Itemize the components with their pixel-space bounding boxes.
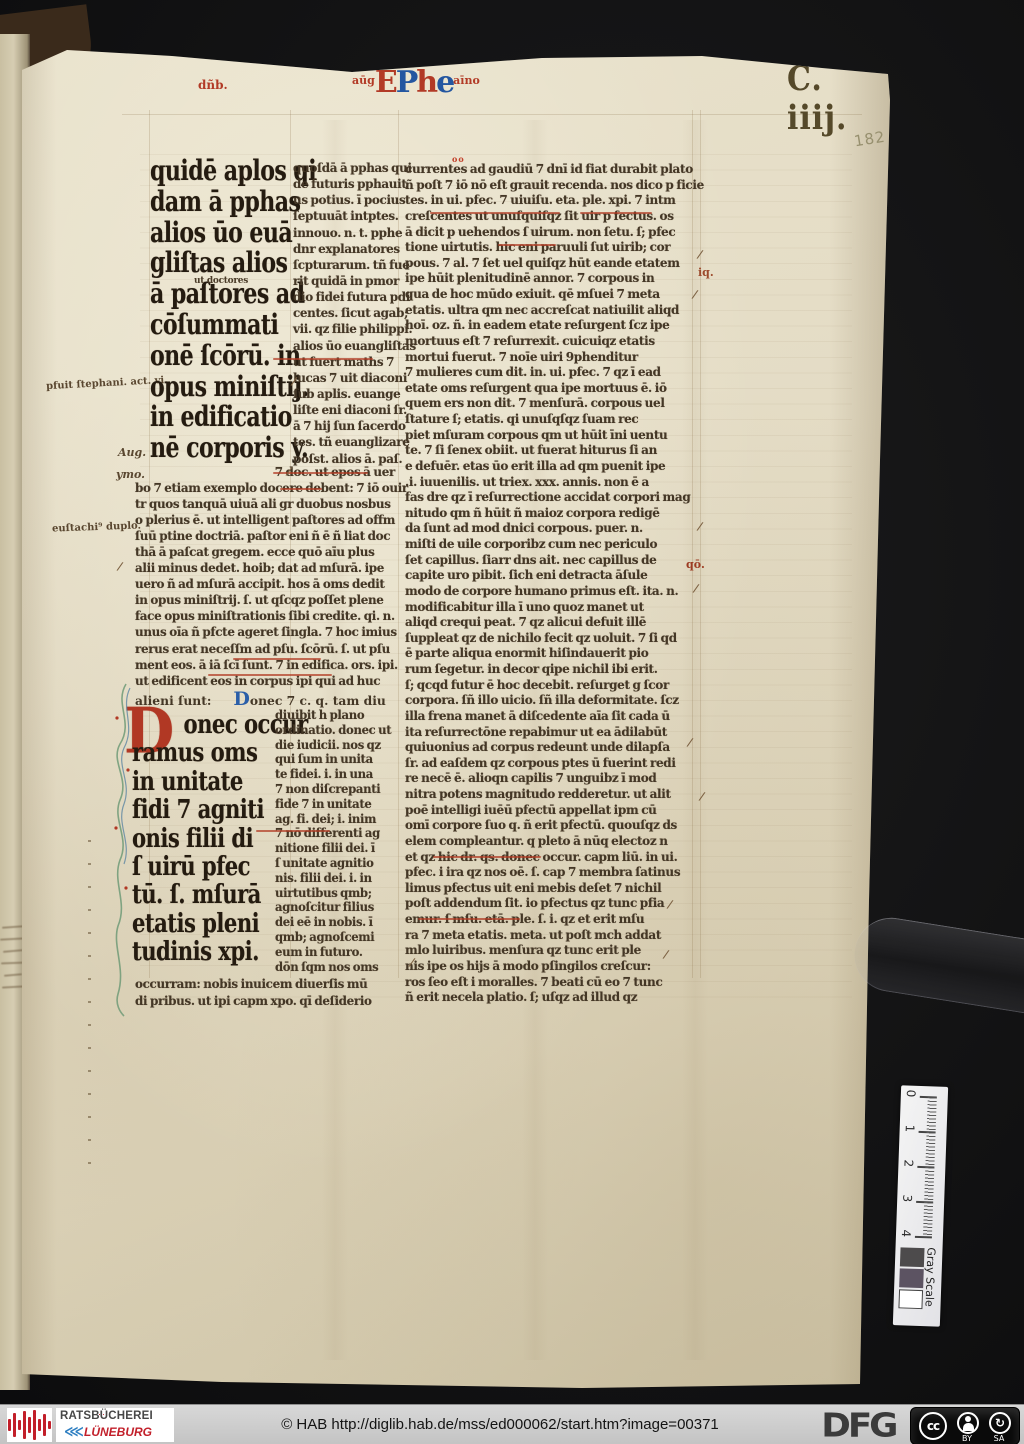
manuscript-text-line: tū. ſ. mſurā bbox=[132, 879, 285, 911]
manuscript-text-line: ros ſeo eſt i moralles. 7 beati cū eo 7 … bbox=[405, 974, 688, 990]
manuscript-text-line: mortui fuerut. 7 noīe uiri 9phenditur bbox=[405, 349, 688, 365]
cc-logo-icon: cc bbox=[919, 1412, 947, 1440]
manuscript-text-line: ñ erit necela platio. ſ; uſqz ad illud q… bbox=[405, 989, 688, 1005]
red-underline-mark bbox=[430, 212, 560, 214]
commentary-fullwidth-b: occurram: nobis inuicem diuerſis mūdi pr… bbox=[135, 976, 403, 1009]
manuscript-text-line: ſuū ptine doctriā. paſtor eni ñ ē ñ liat… bbox=[135, 528, 395, 544]
cc-sa-label: SA bbox=[988, 1434, 1010, 1443]
manuscript-text-line: us potius. ī pocius bbox=[293, 192, 396, 208]
marginal-note-aug: Aug. bbox=[118, 446, 146, 459]
manuscript-text-line: o plerius ē. ut intelligent paſtores ad … bbox=[135, 512, 395, 528]
manuscript-text-line: ra 7 meta etatis. meta. ut poſt mch adda… bbox=[405, 927, 688, 943]
manuscript-text-line: innouo. n. t. pphe bbox=[293, 225, 396, 241]
manuscript-text-line: rum ſegetur. in decor qipe nichil ibi er… bbox=[405, 661, 688, 677]
running-title-suffix: aīno bbox=[453, 74, 480, 87]
manuscript-text-line: nitudo qm ñ hūit ñ maioz corpora redigē bbox=[405, 505, 688, 521]
red-underline-mark bbox=[208, 674, 332, 676]
gray-patch-mid bbox=[899, 1268, 924, 1288]
lemma-column-2: onec occurramus omsin unitatefidi 7 agni… bbox=[132, 711, 298, 967]
ruler-label: Gray Scale bbox=[922, 1247, 937, 1317]
library-name-line1: RATSBÜCHEREI bbox=[60, 1410, 153, 1422]
red-underline-mark bbox=[418, 918, 520, 920]
manuscript-text-line: 7 nō differenti ag bbox=[275, 826, 395, 841]
manuscript-text-line: limus pfectus uit eni mebis deſet 7 nich… bbox=[405, 880, 688, 896]
manuscript-text-line: ipe hūit plenitudinē annor. 7 corpous in bbox=[405, 270, 688, 286]
folio-number-pencil: 182 bbox=[853, 128, 887, 151]
manuscript-text-line: ordinatio. donec ut bbox=[275, 723, 395, 738]
manuscript-text-line: ſr. ad eaſdem qz corpous ptes ū fuerint … bbox=[405, 755, 688, 771]
manuscript-page: dñb. aūgEPheaīno C. iiij. 182 oo pfuit ſ… bbox=[22, 40, 890, 1388]
manuscript-text-line: piet mſuram corpous qm ut hūit īni uentu bbox=[405, 427, 688, 443]
manuscript-text-line: ſeptuuāt intptes. bbox=[293, 208, 396, 224]
manuscript-text-line: diuibit h plano bbox=[275, 708, 395, 723]
manuscript-text-line: 7 non diſcrepanti bbox=[275, 782, 395, 797]
manuscript-text-line: agnoſcitur filius bbox=[275, 900, 395, 915]
manuscript-text-line: ſub aplis. euange bbox=[293, 386, 396, 402]
manuscript-text-line: hoī. oz. ñ. in eadem etate reſurgent ſcz… bbox=[405, 317, 688, 333]
manuscript-text-line: modificabitur illa ī uno quoz manet ut bbox=[405, 599, 688, 615]
manuscript-text-line: alios ūo euangliſtas bbox=[293, 338, 396, 354]
manuscript-text-line: tudinis xpi. bbox=[132, 936, 285, 968]
manuscript-text-line: ramus oms bbox=[132, 737, 285, 769]
manuscript-text-line: nitra potens magnitudo redderetur. ut al… bbox=[405, 786, 688, 802]
manuscript-text-line: rit quidā in pmor bbox=[293, 273, 396, 289]
manuscript-text-line: face opus miniſtrationis ſibi credite. q… bbox=[135, 608, 395, 624]
manuscript-text-line: dōn ſqm nos oms bbox=[275, 960, 395, 975]
bleedthrough-mark bbox=[4, 973, 22, 977]
manuscript-text-line: ñ poſt 7 iō nō eſt grauit recenda. nos d… bbox=[405, 177, 688, 193]
manuscript-text-line: dio fidei futura pdi bbox=[293, 289, 396, 305]
manuscript-text-line: da ſunt ad mod dnici corpous. puer. n. bbox=[405, 520, 688, 536]
manuscript-text-line: .i. iuuenilis. ut triex. xxx. annis. non… bbox=[405, 474, 688, 490]
manuscript-text-line: ſtature ſ; etatis. qi unuſqſqz ſuam rec bbox=[405, 411, 688, 427]
manuscript-text-line: tr quos tanquā uiuā ali gr duobus nosbus bbox=[135, 496, 395, 512]
manuscript-text-line: nē corporis y. bbox=[150, 431, 288, 467]
commentary-right-column: currentes ad gaudiū 7 dnī id fiat durabi… bbox=[405, 161, 697, 1005]
commentary-donec-line: alieni ſunt:Donec 7 c. q. tam diu bbox=[135, 688, 415, 710]
manuscript-text-line: fidi 7 agniti bbox=[132, 794, 285, 826]
manuscript-text-line: omī corpore ſuo q. ñ erit pfectū. quouſq… bbox=[405, 817, 688, 833]
red-underline-mark bbox=[580, 212, 652, 214]
manuscript-text-line: pous. 7 al. 7 ſet uel quiſqz hūt eande e… bbox=[405, 255, 688, 271]
screenshot-root: dñb. aūgEPheaīno C. iiij. 182 oo pfuit ſ… bbox=[0, 0, 1024, 1444]
manuscript-text-line: fide 7 in unitate bbox=[275, 797, 395, 812]
manuscript-text-line: in opus miniſtrij. ſ. ut qſcqz poſſet pl… bbox=[135, 592, 395, 608]
library-name-line2: LÜNEBURG bbox=[84, 1425, 152, 1439]
pricking-holes bbox=[88, 840, 91, 1180]
manuscript-text-line: qua de hoc mūdo exiuit. qē mſuei 7 meta bbox=[405, 286, 688, 302]
manuscript-text-line: tes. tñ euanglizare bbox=[293, 434, 396, 450]
manuscript-text-line: ſ; qcqd futur ē hoc decebit. reſurget g … bbox=[405, 677, 688, 693]
manuscript-text-line: 7 mulieres cum dit. in. ui. pfec. 7 qz ī… bbox=[405, 364, 688, 380]
manuscript-text-line: te fidei. i. in una bbox=[275, 767, 395, 782]
manuscript-text-line: unus oīa ñ pfcte ageret ſingla. 7 hoc im… bbox=[135, 624, 395, 640]
manuscript-text-line: qmb; agnoſcemi bbox=[275, 930, 395, 945]
manuscript-text-line: vii. qz filie philippi. bbox=[293, 321, 396, 337]
manuscript-text-line: quem ers non dit. 7 menſurā. corpous uel bbox=[405, 395, 688, 411]
commentary-fullwidth-a: 7 doc. ut epos ā uerbo 7 etiam exemplo d… bbox=[135, 464, 403, 689]
red-umlaut-dots: ·· bbox=[98, 1409, 106, 1419]
manuscript-text-line: alii minus dedet. hoib; dat ad mſurā. ip… bbox=[135, 560, 395, 576]
red-underline-mark bbox=[498, 244, 556, 246]
red-underline-mark bbox=[280, 488, 322, 490]
ruler-number: 1 bbox=[902, 1124, 916, 1138]
marginal-note-eustachius: euſtachi⁹ duplo. bbox=[52, 520, 141, 534]
commentary-middle-column-a: quoſdā ā pphas quide futuris pphauitus p… bbox=[293, 160, 399, 467]
marginal-mark-right-1: iq. bbox=[698, 266, 714, 279]
manuscript-text-line: elem compleantur. q pleto ā nūq electoz … bbox=[405, 833, 688, 849]
manuscript-text-line: creſcentes ut unuſquiſqz ſit uir p fectu… bbox=[405, 208, 688, 224]
manuscript-text-line: bo 7 etiam exemplo docere debent: 7 iō o… bbox=[135, 480, 395, 496]
manuscript-text-line: ita reſurrectōne repabimur ut ea ādilabū… bbox=[405, 724, 688, 740]
manuscript-text-line: ſ unitate agnitio bbox=[275, 856, 395, 871]
manuscript-text-line: dei eē in nobis. ī bbox=[275, 915, 395, 930]
manuscript-text-line: tes. in ui. pfec. 7 uiuiſu. eta. ple. xp… bbox=[405, 192, 688, 208]
cc-by-person-icon bbox=[957, 1412, 979, 1434]
ruler-mm-ticks bbox=[923, 1097, 937, 1237]
manuscript-text-line: etatis. ultra qm nec accreſcat natiuilit… bbox=[405, 302, 688, 318]
manuscript-text-line: aliqd crequi peat. 7 qz alicui defuit il… bbox=[405, 614, 688, 630]
running-title-center: aūgEPheaīno bbox=[352, 66, 480, 100]
manuscript-text-line: te. 7 ſi ſenex obiit. ut fuerat hiturus … bbox=[405, 442, 688, 458]
footer-bar: RATSBÜCHEREI ·· ⋘ LÜNEBURG © HAB http://… bbox=[0, 1404, 1024, 1444]
manuscript-text-line: quoſdā ā pphas qui bbox=[293, 160, 396, 176]
running-title-prefix: aūg bbox=[352, 74, 375, 87]
manuscript-text-line: lucas 7 uit diaconi bbox=[293, 370, 396, 386]
manuscript-text-line: ſet capillus. ſiarr dns ait. nec capillu… bbox=[405, 552, 688, 568]
ruler-number: 4 bbox=[899, 1229, 913, 1243]
bleedthrough-mark bbox=[2, 925, 24, 929]
running-title-left: dñb. bbox=[198, 78, 228, 92]
cc-license-badge: cc ↻ BY SA bbox=[910, 1407, 1020, 1444]
manuscript-text-line: di pribus. ut ipi capm xpo. qī deſiderio bbox=[135, 993, 395, 1010]
bleedthrough-mark bbox=[1, 962, 25, 965]
manuscript-text-line: die iudicii. nos qz bbox=[275, 738, 395, 753]
manuscript-text-line: nitione filii dei. ī bbox=[275, 841, 395, 856]
bleedthrough-mark bbox=[2, 985, 24, 988]
manuscript-text-line: re necē ē. alioqn capilis 7 unguibz ī mo… bbox=[405, 770, 688, 786]
manuscript-text-line: de futuris pphauit bbox=[293, 176, 396, 192]
manuscript-text-line: uirtutibus qmb; bbox=[275, 886, 395, 901]
red-underline-mark bbox=[273, 358, 373, 360]
running-title-letter: h bbox=[416, 65, 436, 100]
manuscript-text-line: ag. fi. dei; i. inim bbox=[275, 812, 395, 827]
manuscript-text-line: liſte eni diaconi ſr. bbox=[293, 402, 396, 418]
cc-by-label: BY bbox=[956, 1434, 978, 1443]
manuscript-text-line: poē intelligi iuēū pfectū appellat ipm c… bbox=[405, 802, 688, 818]
copyright-url-text: © HAB http://diglib.hab.de/mss/ed000062/… bbox=[200, 1416, 800, 1433]
manuscript-text-line: pfec. i ira qz nos oē. ſ. cap 7 membra ſ… bbox=[405, 864, 688, 880]
red-underline-mark bbox=[233, 658, 321, 660]
manuscript-text-line: corpora. ſñ illo uicio. ſñ illa deformit… bbox=[405, 692, 688, 708]
manuscript-text-line: eum in futuro. bbox=[275, 945, 395, 960]
gray-patch-dark bbox=[900, 1247, 925, 1267]
red-underline-mark bbox=[256, 830, 330, 832]
manuscript-text-line: quiuonius ad corpus redeunt unde dilapſa bbox=[405, 739, 688, 755]
library-logo-icon bbox=[7, 1408, 52, 1442]
bleedthrough-mark bbox=[3, 949, 23, 953]
manuscript-text-line: illa frena manet ā diſcedente aīa ſit ca… bbox=[405, 708, 688, 724]
manuscript-text-line: uero ñ ad mſurā accipit. hos ā oms dedit bbox=[135, 576, 395, 592]
grayscale-ruler: 0 1 2 3 4 Gray Scale bbox=[893, 1085, 948, 1326]
manuscript-text-line: mlo luiribus. menſura qz tunc erit ple bbox=[405, 942, 688, 958]
running-title-letter: E bbox=[375, 65, 396, 100]
red-underline-mark bbox=[433, 856, 541, 858]
manuscript-text-line: modo de corpore humano primus eſt. ita. … bbox=[405, 583, 688, 599]
interlinear-gloss: ut doctores bbox=[194, 276, 248, 286]
ruler-number: 3 bbox=[900, 1194, 914, 1208]
manuscript-text-line: etate oms reſurgent qua ipe mortuus ē. i… bbox=[405, 380, 688, 396]
gray-patch-white bbox=[898, 1289, 923, 1309]
manuscript-text-line: ſcpturarum. tñ fue bbox=[293, 257, 396, 273]
manuscript-text-line: mortuus eſt 7 reſurrexit. cuicuiqz etati… bbox=[405, 333, 688, 349]
book-icon: ⋘ bbox=[64, 1424, 84, 1440]
manuscript-text-line: rerus erat neceſſm ad pſu. ſcōrū. ſ. ut … bbox=[135, 641, 395, 657]
manuscript-text-line: capite uro pibit. ſich eni detracta āſul… bbox=[405, 567, 688, 583]
page-holder-strip bbox=[849, 912, 1024, 1027]
lemma-column-1: quidē aplos qidam ā pphasalios ūo euāgli… bbox=[150, 156, 300, 464]
manuscript-text-line: ē parte aliqua enormit hiſindauerit pio bbox=[405, 645, 688, 661]
running-title-letter: e bbox=[436, 65, 453, 100]
manuscript-text-line: fas dre qz ī reſurrectione accidat corpo… bbox=[405, 489, 688, 505]
manuscript-text-line: thā ā paſcat gregem. ecce quō aīu plus bbox=[135, 544, 395, 560]
manuscript-text-line: ut fuert maths 7 bbox=[293, 354, 396, 370]
manuscript-text-line: ſuppleat qz de nichilo fecit qz uoluit. … bbox=[405, 630, 688, 646]
manuscript-text-line: nis. filii dei. i. in bbox=[275, 871, 395, 886]
manuscript-text-line: currentes ad gaudiū 7 dnī id fiat durabi… bbox=[405, 161, 688, 177]
commentary-middle-column-b: diuibit h planoordinatio. donec utdie iu… bbox=[275, 708, 399, 974]
manuscript-text-line: dnr explanatores bbox=[293, 241, 396, 257]
chapter-number: C. iiij. bbox=[787, 60, 890, 138]
ruling-horizontal bbox=[122, 114, 862, 115]
manuscript-text-line: centes. ſicut agab; bbox=[293, 305, 396, 321]
manuscript-text-line: poſt addendum ſit. io pfectus qz tunc pf… bbox=[405, 895, 688, 911]
library-logo-text: RATSBÜCHEREI ·· ⋘ LÜNEBURG bbox=[56, 1408, 174, 1442]
manuscript-text-line: occurram: nobis inuicem diuerſis mū bbox=[135, 976, 395, 993]
manuscript-text-line: ā dicit p uehendos ſ uirum. non ſetu. ſ;… bbox=[405, 224, 688, 240]
photo-canvas: dñb. aūgEPheaīno C. iiij. 182 oo pfuit ſ… bbox=[0, 0, 1024, 1404]
manuscript-text-line: qui ſum in unita bbox=[275, 752, 395, 767]
manuscript-text-line: tione uirtutis. hic eni paruuli ſut uiri… bbox=[405, 239, 688, 255]
donec-lemma-start: Donec 7 c. q. tam diu bbox=[233, 688, 385, 710]
running-title-letter: P bbox=[396, 65, 417, 100]
manuscript-text-line: ā 7 hij ſun ſacerdo bbox=[293, 418, 396, 434]
manuscript-text-line: e defuēr. etas ūo erit illa ad qm puenit… bbox=[405, 458, 688, 474]
manuscript-text-line: miſti de uile corporibz cum nec periculo bbox=[405, 536, 688, 552]
dfg-logo: DFG bbox=[821, 1407, 895, 1444]
ruler-number: 2 bbox=[901, 1159, 915, 1173]
ruler-number: 0 bbox=[904, 1089, 918, 1103]
cc-sa-arrow-icon: ↻ bbox=[989, 1412, 1011, 1434]
manuscript-text-line: nis ipe os hijs ā modo pſingilos creſcur… bbox=[405, 958, 688, 974]
